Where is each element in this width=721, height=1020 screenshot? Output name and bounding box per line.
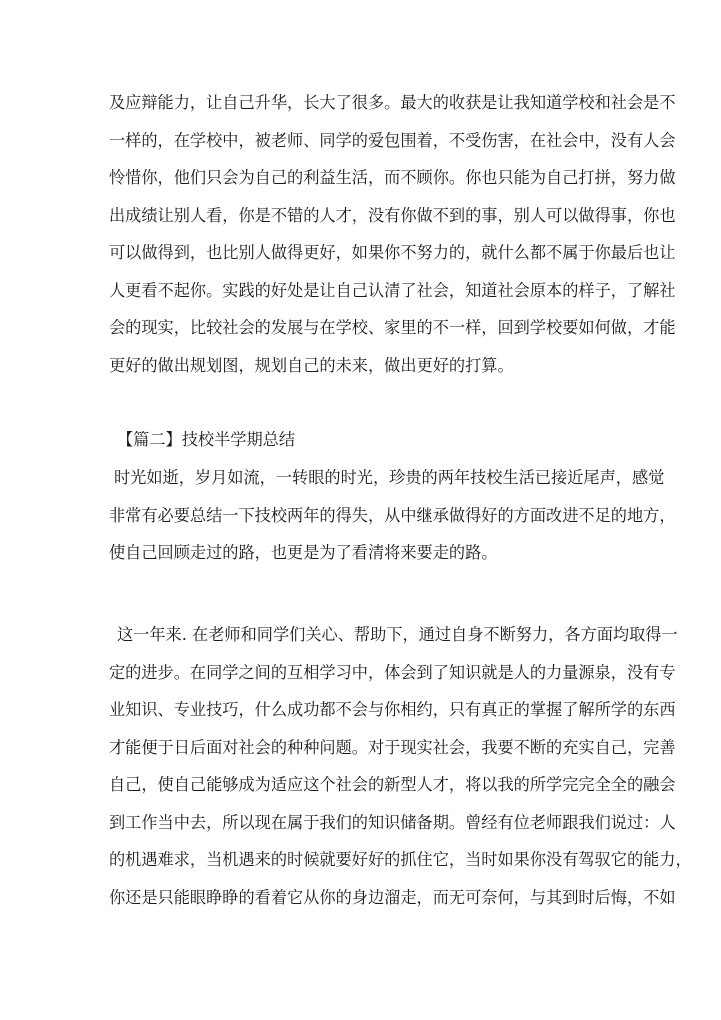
section-title: 【篇二】技校半学期总结 (117, 430, 621, 450)
text-line: 使自己回顾走过的路，也更是为了看清将来要走的路。 (109, 543, 613, 563)
text-line: 及应辩能力，让自己升华，长大了很多。最大的收获是让我知道学校和社会是不 (109, 93, 613, 113)
text-line: 你还是只能眼睁睁的看着它从你的身边溜走，而无可奈何，与其到时后悔，不如 (109, 888, 613, 908)
text-line: 会的现实，比较社会的发展与在学校、家里的不一样，回到学校要如何做，才能 (109, 318, 613, 338)
text-line: 业知识、专业技巧，什么成功都不会与你相约，只有真正的掌握了解所学的东西 (109, 700, 613, 720)
text-line: 到工作当中去，所以现在属于我们的知识储备期。曾经有位老师跟我们说过：人 (109, 813, 613, 833)
document-page: 及应辩能力，让自己升华，长大了很多。最大的收获是让我知道学校和社会是不 一样的，… (0, 0, 721, 1020)
text-line: 非常有必要总结一下技校两年的得失，从中继承做得好的方面改进不足的地方， (109, 506, 613, 526)
text-line: 人更看不起你。实践的好处是让自己认清了社会，知道社会原本的样子，了解社 (109, 281, 613, 301)
text-line: 出成绩让别人看，你是不错的人才，没有你做不到的事，别人可以做得事，你也 (109, 206, 613, 226)
text-line: 更好的做出规划图，规划自己的未来，做出更好的打算。 (109, 356, 613, 376)
text-line: 才能便于日后面对社会的种种问题。对于现实社会，我要不断的充实自己，完善 (109, 738, 613, 758)
text-line: 怜惜你，他们只会为自己的利益生活，而不顾你。你也只能为自己打拼，努力做 (109, 168, 613, 188)
text-line: 的机遇难求，当机遇来的时候就要好好的抓住它，当时如果你没有驾驭它的能力， (109, 850, 613, 870)
text-line: 时光如逝，岁月如流，一转眼的时光，珍贵的两年技校生活已接近尾声，感觉 (114, 468, 613, 488)
text-line: 可以做得到，也比别人做得更好，如果你不努力的，就什么都不属于你最后也让 (109, 243, 613, 263)
text-line: 自己，使自己能够成为适应这个社会的新型人才，将以我的所学完完全全的融会 (109, 775, 613, 795)
text-line: 一样的，在学校中，被老师、同学的爱包围着，不受伤害，在社会中，没有人会 (109, 131, 613, 151)
text-line: 定的进步。在同学之间的互相学习中，体会到了知识就是人的力量源泉，没有专 (109, 663, 613, 683)
text-line: 这一年来. 在老师和同学们关心、帮助下，通过自身不断努力，各方面均取得一 (117, 625, 613, 645)
